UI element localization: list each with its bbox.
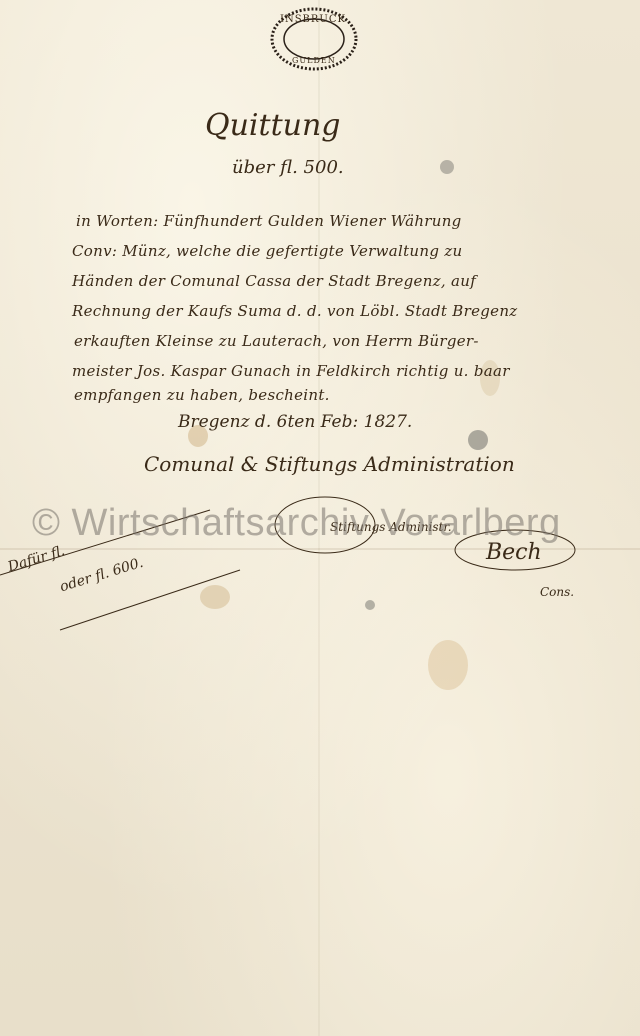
stain — [365, 600, 375, 610]
issuer-line: Comunal & Stiftungs Administration — [144, 452, 515, 476]
stain — [468, 430, 488, 450]
document-page: INSBRUCK GULDEN Quittung über fl. 500. i… — [0, 0, 640, 1036]
body-line: Rechnung der Kaufs Suma d. d. von Löbl. … — [72, 302, 518, 320]
body-line: erkauften Kleinse zu Lauterach, von Herr… — [74, 332, 479, 350]
body-line: meister Jos. Kaspar Gunach in Feldkirch … — [72, 362, 510, 380]
amount-line: über fl. 500. — [232, 157, 344, 178]
signature: Cons. — [540, 585, 574, 599]
stamp-top-text: INSBRUCK — [280, 14, 346, 25]
document-title: Quittung — [205, 108, 340, 143]
watermark: © Wirtschaftsarchiv Vorarlberg — [32, 502, 561, 545]
body-line: empfangen zu haben, bescheint. — [74, 386, 330, 404]
stain — [440, 160, 454, 174]
body-line: in Worten: Fünfhundert Gulden Wiener Wäh… — [76, 212, 462, 230]
date-line: Bregenz d. 6ten Feb: 1827. — [178, 412, 412, 432]
body-line: Händen der Comunal Cassa der Stadt Brege… — [72, 272, 476, 290]
stamp-bottom-text: GULDEN — [292, 56, 336, 65]
body-line: Conv: Münz, welche die gefertigte Verwal… — [72, 242, 463, 260]
stain — [428, 640, 468, 690]
